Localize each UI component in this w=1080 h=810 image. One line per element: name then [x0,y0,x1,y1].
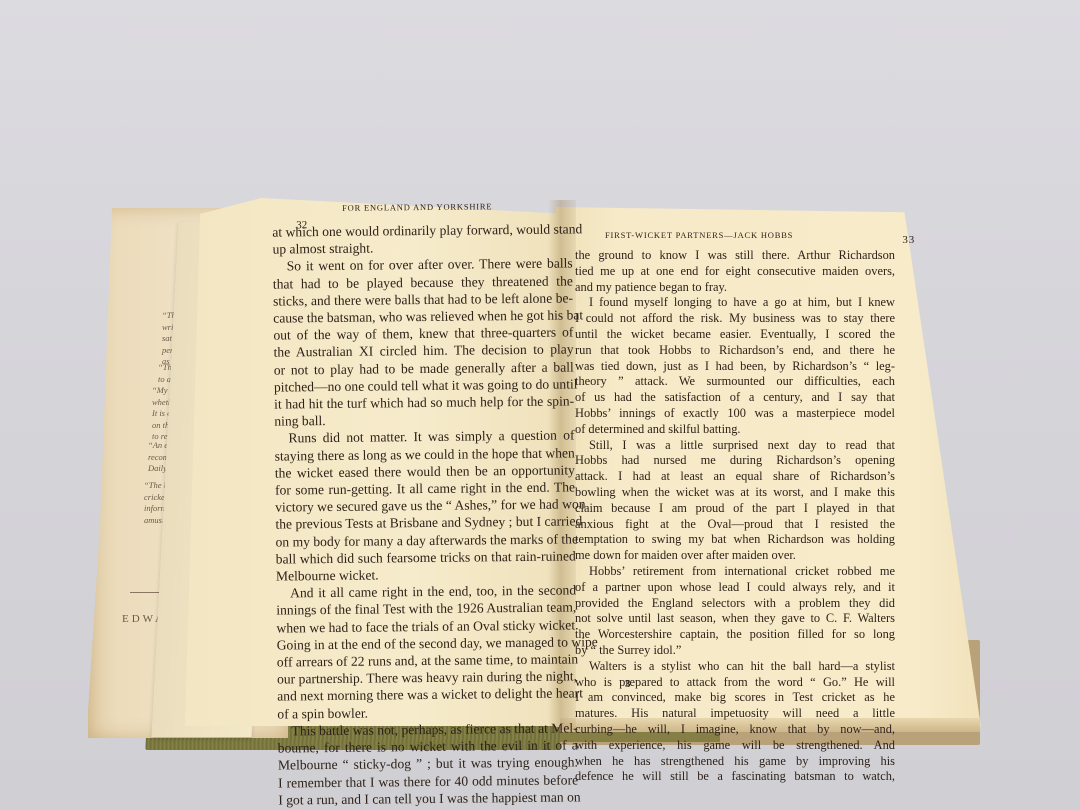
text-line: and my patience began to fray. [575,280,895,296]
text-line: the Worcestershire captain, the position… [575,627,895,643]
text-line: the ground to know I was still there. Ar… [575,248,895,264]
text-line: until the wicket became easier. Eventual… [575,327,895,343]
text-line: and next morning there was a wicket to d… [277,685,577,705]
text-line: I am convinced, make big scores in Test … [575,690,895,706]
text-line: of us had the satisfaction of a century,… [575,390,895,406]
text-line: me down for maiden over after maiden ove… [575,548,895,564]
text-line: anxious fight at the Oval—proud that I r… [575,517,895,533]
text-line: tied me up at one end for eight consecut… [575,264,895,280]
text-line: Hobbs’ retirement from international cri… [575,564,895,580]
text-line: I found myself longing to have a go at h… [575,295,895,311]
page-number: 33 [902,234,915,246]
text-line: provided the England selectors with a pr… [575,596,895,612]
text-line: run that took Hobbs to Richardson’s end,… [575,343,895,359]
text-line: I got a run, and I can tell you I was th… [278,788,578,808]
text-line: Hobbs had nursed me during Richardson’s … [575,453,895,469]
running-head: FIRST-WICKET PARTNERS—JACK HOBBS 33 [575,230,905,244]
text-line: ball which did such fearsome tricks on t… [276,547,576,567]
text-line: matures. His natural impetuosity will ne… [575,706,895,722]
text-line: bowling when the wicket was at its worst… [575,485,895,501]
text-line: curbing—he will, I imagine, know that by… [575,722,895,738]
text-line: with experience, his game will be streng… [575,738,895,754]
text-line: temptation to swing my bat when Richards… [575,532,895,548]
text-line: claim because I am proud of the part I p… [575,501,895,517]
text-line: of determined and skilful batting. [575,422,895,438]
text-line: it had hit the turf which had so much he… [274,392,574,412]
text-line: was tied down, just as I had been, by Ri… [575,359,895,375]
text-line: at which one would ordinarily play forwa… [272,220,572,240]
right-page-body: the ground to know I was still there. Ar… [575,248,895,785]
running-head-title: FOR ENGLAND AND YORKSHIRE [342,201,492,213]
text-line: of a partner upon whose lead I could alw… [575,580,895,596]
text-line: who is prepared to attack from the word … [575,675,895,691]
text-line: Hobbs’ innings of exactly 100 was a mast… [575,406,895,422]
signature-mark: 3 [625,678,631,690]
text-line: Walters is a stylist who can hit the bal… [575,659,895,675]
right-page-content: FIRST-WICKET PARTNERS—JACK HOBBS 33 the … [575,230,905,244]
running-head-title: FIRST-WICKET PARTNERS—JACK HOBBS [605,230,793,240]
text-line: when he has strengthened his game by imp… [575,754,895,770]
text-line: by “ the Surrey idol.” [575,643,895,659]
text-line: defence he will still be a fascinating b… [575,769,895,785]
text-line: Still, I was a little surprised next day… [575,438,895,454]
text-line: I could not afford the risk. My business… [575,311,895,327]
text-line: not solve until last season, when they g… [575,611,895,627]
left-page-body: at which one would ordinarily play forwa… [272,220,578,808]
photo-scene: FOR Y F “The bo written by sat down t pe… [0,0,1080,810]
text-line: attack. I had at least an equal share of… [575,469,895,485]
text-line: theory ” attack. We surmounted our diffi… [575,374,895,390]
